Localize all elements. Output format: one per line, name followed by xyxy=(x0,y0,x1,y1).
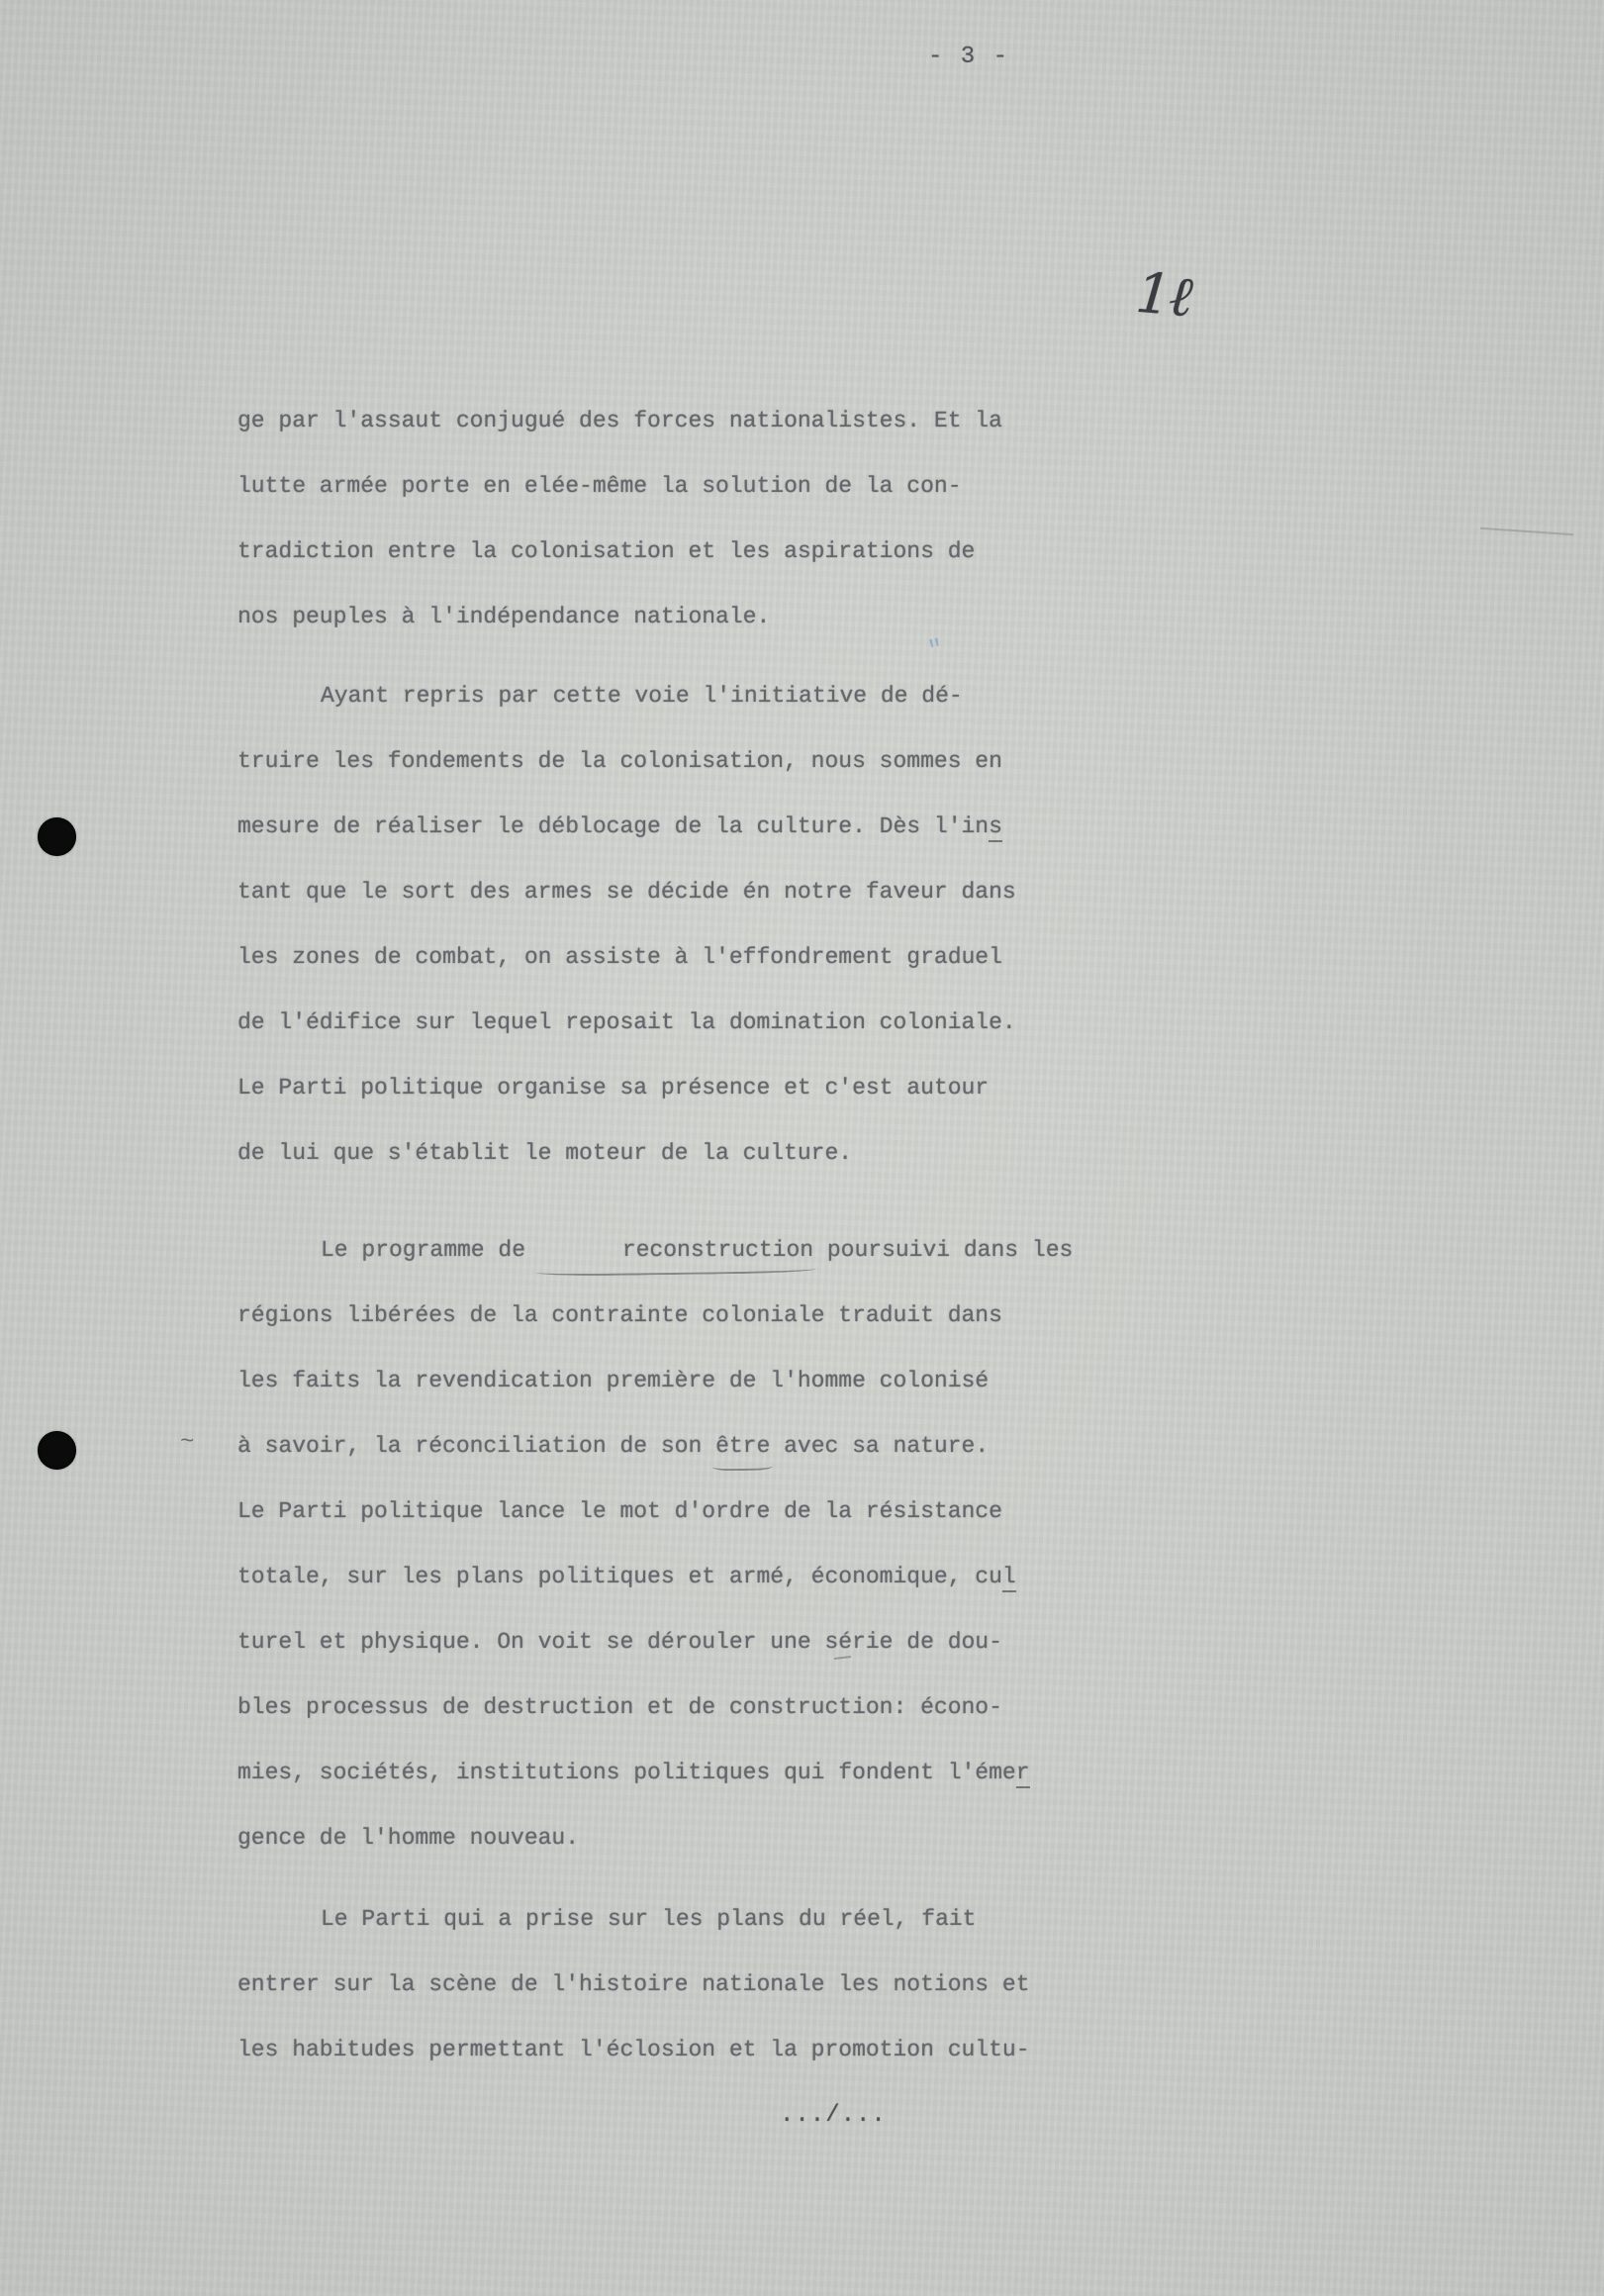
paragraph: Le Parti qui a prise sur les plans du ré… xyxy=(237,1886,1128,2082)
text-segment: totale, sur les plans politiques et armé… xyxy=(237,1564,1002,1589)
text-line: à savoir, la réconciliation de son être … xyxy=(237,1413,1128,1479)
text-line: turel et physique. On voit se dérouler u… xyxy=(237,1609,1128,1674)
text-segment: gence de l'homme nouveau. xyxy=(237,1825,579,1851)
text-line: les faits la revendication première de l… xyxy=(237,1348,1128,1413)
text-segment: entrer sur la scène de l'histoire nation… xyxy=(237,1971,1030,1997)
text-segment: Le Parti politique lance le mot d'ordre … xyxy=(237,1498,1002,1524)
text-line: lutte armée porte en elée-même la soluti… xyxy=(237,453,1128,519)
underlined-text-segment: s xyxy=(989,813,1002,842)
text-segment: mies, sociétés, institutions politiques … xyxy=(237,1760,1016,1785)
text-line: les zones de combat, on assiste à l'effo… xyxy=(237,924,1128,990)
text-line: mesure de réaliser le déblocage de la cu… xyxy=(237,794,1128,859)
text-line: gence de l'homme nouveau. xyxy=(237,1805,1128,1870)
text-line: Ayant repris par cette voie l'initiative… xyxy=(237,663,1128,728)
underlined-text-segment: reconstruction xyxy=(539,1217,813,1283)
text-segment: Le programme de xyxy=(321,1237,539,1263)
text-segment: nos peuples à l'indépendance nationale. xyxy=(237,604,770,629)
paragraph: ge par l'assaut conjugué des forces nati… xyxy=(237,388,1128,649)
text-line: régions libérées de la contrainte coloni… xyxy=(237,1283,1128,1348)
text-line: Le Parti politique organise sa présence … xyxy=(237,1055,1128,1120)
text-line: mies, sociétés, institutions politiques … xyxy=(237,1740,1128,1805)
text-line: ge par l'assaut conjugué des forces nati… xyxy=(237,388,1128,453)
paragraph: Ayant repris par cette voie l'initiative… xyxy=(237,663,1128,1186)
page-number: - 3 - xyxy=(928,44,1009,70)
text-line: les habitudes permettant l'éclosion et l… xyxy=(237,2017,1128,2082)
text-line: nos peuples à l'indépendance nationale. xyxy=(237,584,1128,649)
hole-punch-top xyxy=(38,817,76,856)
text-segment: tradiction entre la colonisation et les … xyxy=(237,538,975,564)
text-segment: Ayant repris par cette voie l'initiative… xyxy=(321,683,963,709)
text-segment: les faits la revendication première de l… xyxy=(237,1368,989,1393)
text-segment: avec sa nature. xyxy=(770,1433,989,1459)
text-segment: turel et physique. On voit se dérouler u… xyxy=(237,1629,1002,1655)
text-line: de l'édifice sur lequel reposait la domi… xyxy=(237,990,1128,1055)
text-line: Le programme de reconstruction poursuivi… xyxy=(237,1217,1128,1283)
text-line: tant que le sort des armes se décide én … xyxy=(237,859,1128,924)
text-segment: Le Parti politique organise sa présence … xyxy=(237,1075,989,1100)
text-line: Le Parti qui a prise sur les plans du ré… xyxy=(237,1886,1128,1952)
handwritten-margin-annotation: 1ℓ xyxy=(1133,261,1192,331)
text-segment: lutte armée porte en elée-même la soluti… xyxy=(237,473,962,499)
underlined-text-segment: r xyxy=(1016,1760,1030,1788)
scanned-document-page: - 3 - 1ℓ ″ ~ ge par l'assaut conjugué de… xyxy=(0,0,1604,2296)
text-segment: Le Parti qui a prise sur les plans du ré… xyxy=(321,1906,977,1932)
text-segment: poursuivi dans les xyxy=(813,1237,1073,1263)
faint-pencil-stroke xyxy=(1480,527,1573,536)
text-line: totale, sur les plans politiques et armé… xyxy=(237,1544,1128,1609)
text-segment: bles processus de destruction et de cons… xyxy=(237,1694,1002,1720)
text-segment: les zones de combat, on assiste à l'effo… xyxy=(237,944,1002,970)
text-segment: de l'édifice sur lequel reposait la domi… xyxy=(237,1009,1016,1035)
text-line: Le Parti politique lance le mot d'ordre … xyxy=(237,1479,1128,1544)
text-segment: de lui que s'établit le moteur de la cul… xyxy=(237,1140,852,1166)
text-line: tradiction entre la colonisation et les … xyxy=(237,519,1128,584)
handwritten-tilde-mark: ~ xyxy=(180,1429,194,1456)
text-segment: les habitudes permettant l'éclosion et l… xyxy=(237,2037,1030,2062)
text-line: entrer sur la scène de l'histoire nation… xyxy=(237,1952,1128,2017)
text-line: truire les fondements de la colonisation… xyxy=(237,728,1128,794)
text-segment: à savoir, la réconciliation de son xyxy=(237,1433,715,1459)
text-segment: mesure de réaliser le déblocage de la cu… xyxy=(237,813,989,839)
text-line: de lui que s'établit le moteur de la cul… xyxy=(237,1120,1128,1186)
text-line: bles processus de destruction et de cons… xyxy=(237,1674,1128,1740)
text-segment: truire les fondements de la colonisation… xyxy=(237,748,1002,774)
text-segment: ge par l'assaut conjugué des forces nati… xyxy=(237,408,1002,433)
underlined-text-segment: l xyxy=(1002,1564,1016,1592)
text-segment: tant que le sort des armes se décide én … xyxy=(237,879,1016,905)
continuation-mark: .../... xyxy=(780,2102,887,2129)
hole-punch-bottom xyxy=(38,1431,76,1470)
paragraph: Le programme de reconstruction poursuivi… xyxy=(237,1217,1128,1870)
text-segment: régions libérées de la contrainte coloni… xyxy=(237,1302,1002,1328)
underlined-text-segment: être xyxy=(715,1413,770,1479)
